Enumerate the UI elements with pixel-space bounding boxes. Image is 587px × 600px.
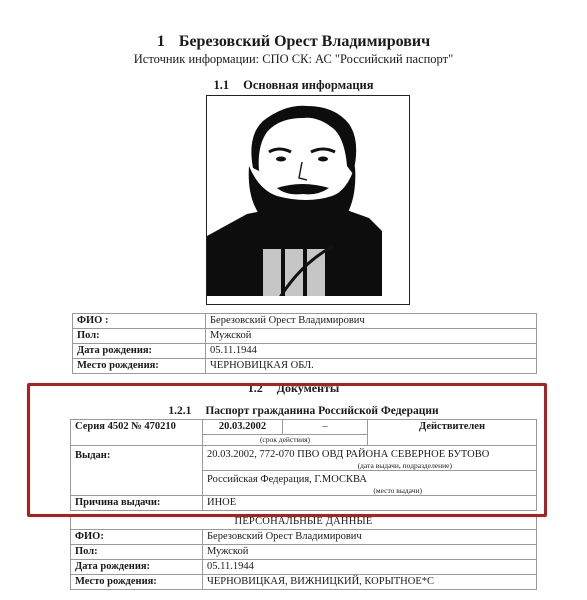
table-row: ФИО: Березовский Орест Владимирович	[71, 530, 537, 545]
sex-label: Пол:	[73, 329, 206, 344]
birthdate-label: Дата рождения:	[73, 344, 206, 359]
personal-data-table: ПЕРСОНАЛЬНЫЕ ДАННЫЕ ФИО: Березовский Оре…	[70, 514, 537, 590]
fio-label: ФИО :	[73, 314, 206, 329]
table-row: Дата рождения: 05.11.1944	[73, 344, 537, 359]
subsection-number: 1.2.1	[168, 405, 191, 417]
passport-table: Серия 4502 № 470210 20.03.2002 – Действи…	[70, 419, 537, 511]
table-row: Место рождения: ЧЕРНОВИЦКАЯ, ВИЖНИЦКИЙ, …	[71, 575, 537, 590]
passport-heading: 1.2.1Паспорт гражданина Российской Федер…	[0, 405, 587, 417]
birthdate-value: 05.11.1944	[203, 560, 537, 575]
table-row: Выдан: 20.03.2002, 772-070 ПВО ОВД РАЙОН…	[71, 446, 537, 471]
reason-value: ИНОЕ	[203, 496, 537, 511]
birthplace-label: Место рождения:	[71, 575, 203, 590]
table-row: Пол: Мужской	[73, 329, 537, 344]
passport-series: Серия 4502 № 470210	[71, 420, 203, 446]
birthdate-label: Дата рождения:	[71, 560, 203, 575]
fio-value: Березовский Орест Владимирович	[203, 530, 537, 545]
section-title: Документы	[277, 381, 340, 395]
issue-place-cell: Российская Федерация, Г.МОСКВА (место вы…	[203, 471, 537, 496]
section-number: 1.2	[248, 381, 263, 395]
fio-value: Березовский Орест Владимирович	[206, 314, 537, 329]
section-basic-heading: 1.1Основная информация	[0, 78, 587, 93]
table-row: Место рождения: ЧЕРНОВИЦКАЯ ОБЛ.	[73, 359, 537, 374]
sex-label: Пол:	[71, 545, 203, 560]
issue-date: 20.03.2002	[203, 420, 283, 435]
sex-value: Мужской	[203, 545, 537, 560]
issue-place: Российская Федерация, Г.МОСКВА	[207, 474, 367, 485]
table-row: ПЕРСОНАЛЬНЫЕ ДАННЫЕ	[71, 515, 537, 530]
issued-by: 20.03.2002, 772-070 ПВО ОВД РАЙОНА СЕВЕР…	[207, 449, 489, 460]
issue-place-note: (место выдачи)	[207, 486, 532, 495]
section-number: 1.1	[213, 78, 229, 92]
table-row: Дата рождения: 05.11.1944	[71, 560, 537, 575]
table-row: Пол: Мужской	[71, 545, 537, 560]
birthplace-label: Место рождения:	[73, 359, 206, 374]
basic-info-table: ФИО : Березовский Орест Владимирович Пол…	[72, 313, 537, 374]
passport-status: Действителен	[368, 420, 537, 446]
birthplace-value: ЧЕРНОВИЦКАЯ, ВИЖНИЦКИЙ, КОРЫТНОЕ*С	[203, 575, 537, 590]
section-title: Основная информация	[243, 78, 373, 92]
section-documents-heading: 1.2Документы	[0, 381, 587, 396]
sex-value: Мужской	[206, 329, 537, 344]
expiry-date: –	[283, 420, 368, 435]
validity-note: (срок действия)	[203, 435, 368, 446]
portrait-photo-icon	[206, 95, 410, 305]
table-row: ФИО : Березовский Орест Владимирович	[73, 314, 537, 329]
birthplace-value: ЧЕРНОВИЦКАЯ ОБЛ.	[206, 359, 537, 374]
subsection-title: Паспорт гражданина Российской Федерации	[205, 405, 438, 417]
issued-by-cell: 20.03.2002, 772-070 ПВО ОВД РАЙОНА СЕВЕР…	[203, 446, 537, 471]
issued-by-note: (дата выдачи, подразделение)	[207, 461, 532, 470]
reason-label: Причина выдачи:	[71, 496, 203, 511]
personal-data-heading: ПЕРСОНАЛЬНЫЕ ДАННЫЕ	[71, 515, 537, 530]
source-line: Источник информации: СПО СК: АС "Российс…	[0, 52, 587, 67]
fio-label: ФИО:	[71, 530, 203, 545]
page-title: 1Березовский Орест Владимирович	[0, 33, 587, 51]
table-row: Серия 4502 № 470210 20.03.2002 – Действи…	[71, 420, 537, 435]
person-name: Березовский Орест Владимирович	[179, 33, 430, 50]
table-row: Причина выдачи: ИНОЕ	[71, 496, 537, 511]
birthdate-value: 05.11.1944	[206, 344, 537, 359]
issued-label: Выдан:	[71, 446, 203, 496]
title-number: 1	[157, 33, 165, 50]
